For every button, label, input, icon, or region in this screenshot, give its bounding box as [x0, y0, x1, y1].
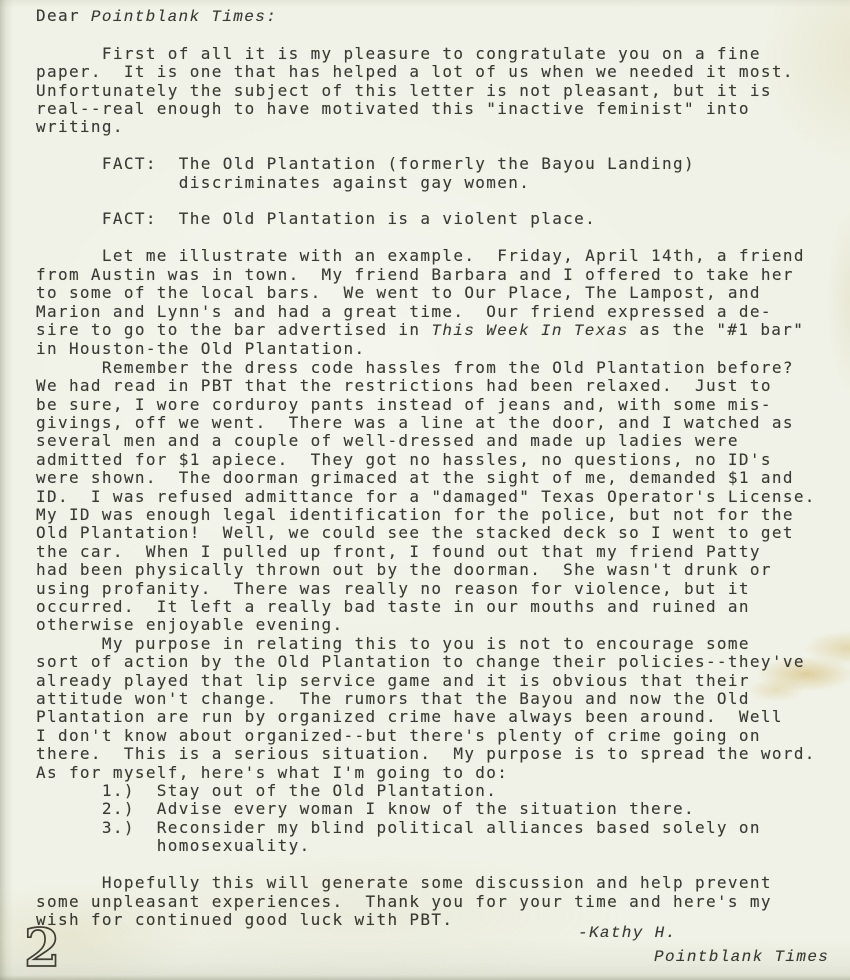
signature-name: -Kathy H.: [578, 924, 677, 942]
text-segment: First of all it is my pleasure to congra…: [36, 44, 805, 339]
text-segment: as the "#1 bar" in Houston-the Old Plant…: [36, 320, 816, 929]
letter-body: Dear Pointblank Times: First of all it i…: [36, 7, 816, 929]
page-number-text: 2: [24, 918, 60, 979]
italic-text-segment: This Week In Texas: [431, 322, 628, 340]
signature-publication: Pointblank Times: [654, 948, 829, 966]
text-segment: Dear: [36, 6, 91, 25]
page-number: 2: [10, 916, 82, 980]
italic-text-segment: Pointblank Times:: [91, 8, 277, 26]
letter-page: Dear Pointblank Times: First of all it i…: [0, 0, 850, 980]
